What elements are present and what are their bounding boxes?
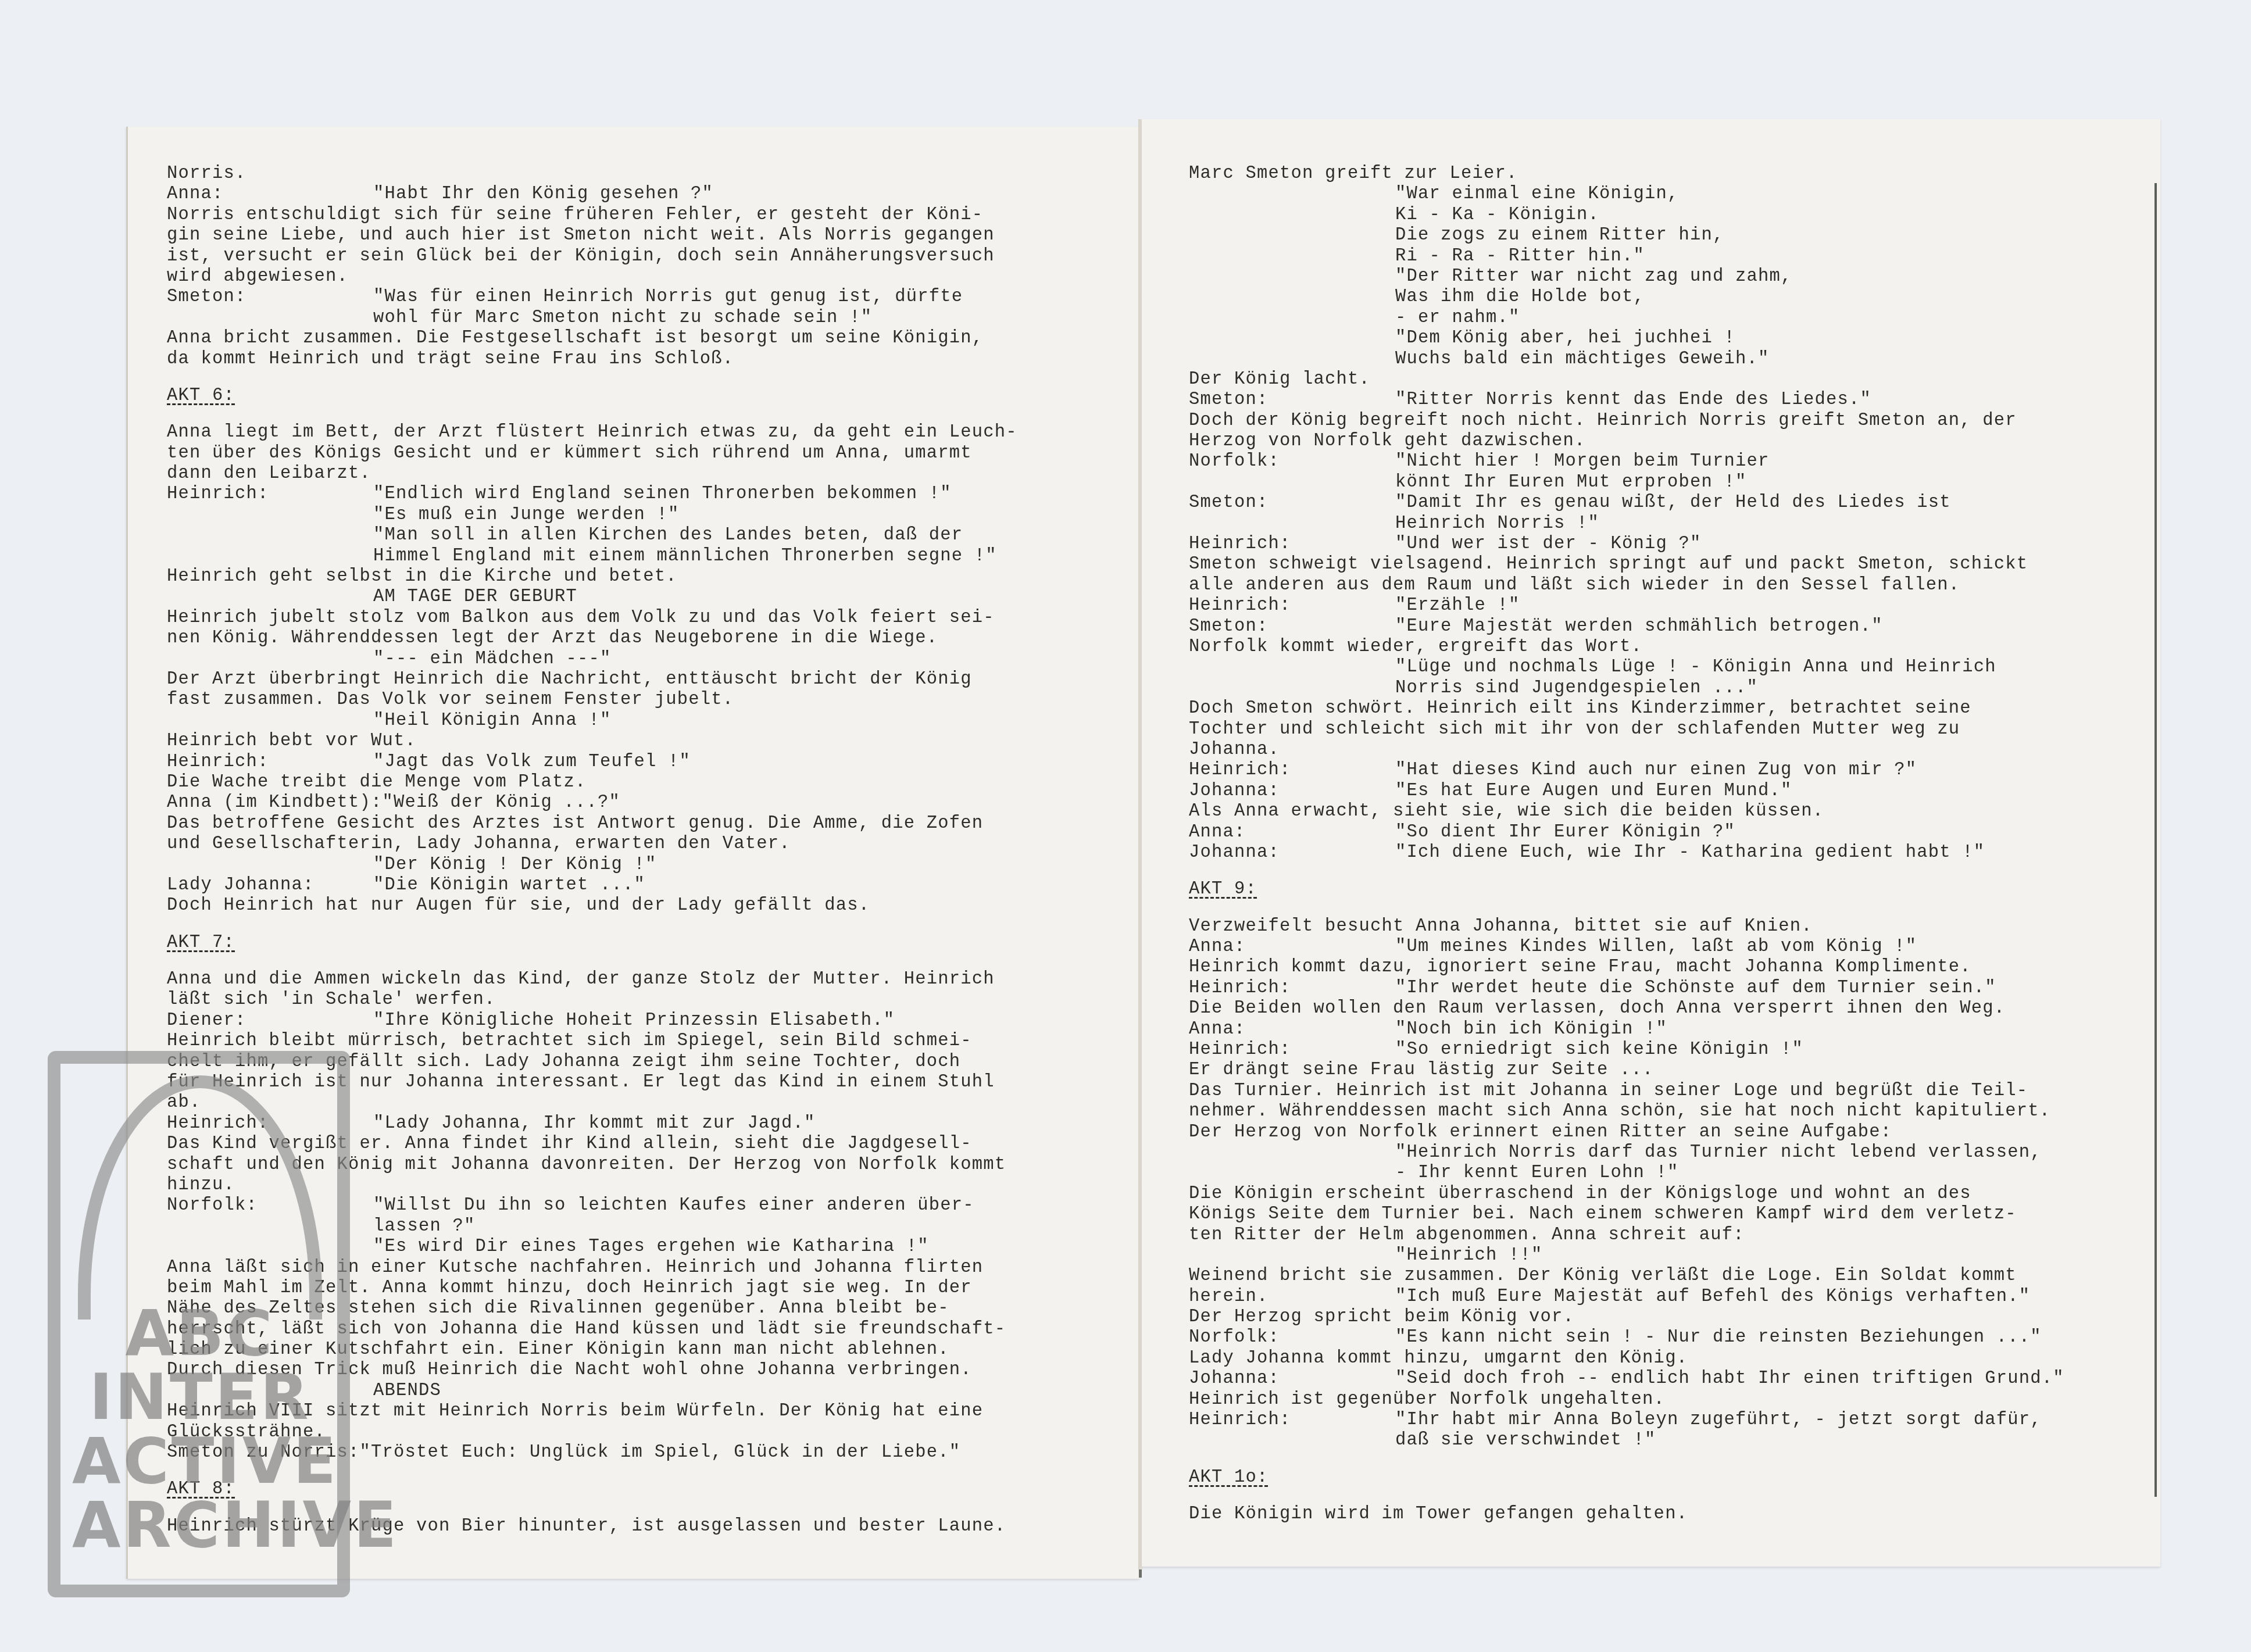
dialogue-text: "Noch bin ich Königin !": [1395, 1020, 1667, 1039]
dialogue-line: Lady Johanna:"Die Königin wartet ...": [167, 875, 1017, 896]
narrative-line: Als Anna erwacht, sieht sie, wie sich di…: [1189, 802, 2064, 822]
blank-line: [1189, 1488, 2064, 1504]
speaker-name: Smeton:: [1189, 493, 1395, 513]
dialogue-text: "Eure Majestät werden schmählich betroge…: [1395, 617, 1883, 637]
dialogue-line: Johanna:"Es hat Eure Augen und Euren Mun…: [1189, 781, 2064, 802]
blank-line: [167, 953, 1017, 970]
narrative-line: herrscht, läßt sich von Johanna die Hand…: [167, 1320, 1017, 1340]
indented-text: Ri - Ra - Ritter hin.": [1395, 246, 1645, 266]
narrative-line: Glückssträhne.: [167, 1422, 1017, 1443]
dialogue-line: Heinrich:"Erzähle !": [1189, 596, 2064, 616]
blank-line: [1189, 900, 2064, 917]
speaker-name: Anna:: [1189, 1020, 1395, 1040]
indented-text: Die zogs zu einem Ritter hin,: [1395, 226, 1724, 245]
narrative-line: Die Wache treibt die Menge vom Platz.: [167, 773, 1017, 793]
narrative-line: Die Königin erscheint überraschend in de…: [1189, 1184, 2064, 1204]
indented-line: "--- ein Mädchen ---": [167, 649, 1017, 670]
dialogue-line: Norfolk:"Willst Du ihn so leichten Kaufe…: [167, 1196, 1017, 1216]
narrative-line: Tochter und schleicht sich mit ihr von d…: [1189, 720, 2064, 740]
speaker-name: Heinrich:: [1189, 534, 1395, 555]
indented-text: "War einmal eine Königin,: [1395, 184, 1679, 204]
indented-line: "Heinrich !!": [1189, 1246, 2064, 1266]
indented-text: Heinrich Norris !": [1395, 514, 1599, 534]
indented-text: Himmel England mit einem männlichen Thro…: [373, 546, 997, 566]
indented-text: "Heinrich !!": [1395, 1246, 1543, 1265]
indented-text: "Man soll in allen Kirchen des Landes be…: [373, 525, 963, 545]
dialogue-text: "Es kann nicht sein ! - Nur die reinsten…: [1395, 1328, 2042, 1347]
indented-line: wohl für Marc Smeton nicht zu schade sei…: [167, 308, 1017, 328]
dialogue-line: Heinrich:"Und wer ist der - König ?": [1189, 534, 2064, 555]
speaker-name: Heinrich:: [167, 752, 373, 773]
dialogue-text: "Erzähle !": [1395, 596, 1520, 616]
dialogue-line: Heinrich:"Jagt das Volk zum Teufel !": [167, 752, 1017, 773]
indented-line: lassen ?": [167, 1217, 1017, 1237]
indented-text: "Heil Königin Anna !": [373, 711, 612, 731]
dialogue-line: Heinrich:"Endlich wird England seinen Th…: [167, 484, 1017, 505]
indented-line: Die zogs zu einem Ritter hin,: [1189, 226, 2064, 246]
act-heading: AKT 8:: [167, 1479, 1017, 1500]
dialogue-text: "So dient Ihr Eurer Königin ?": [1395, 823, 1735, 842]
indented-text: Was ihm die Holde bot,: [1395, 287, 1645, 307]
narrative-line: Anna liegt im Bett, der Arzt flüstert He…: [167, 423, 1017, 443]
speaker-name: Diener:: [167, 1011, 373, 1031]
dialogue-text: "Um meines Kindes Willen, laßt ab vom Kö…: [1395, 937, 1917, 957]
indented-text: ABENDS: [373, 1381, 441, 1401]
narrative-line: Doch Heinrich hat nur Augen für sie, und…: [167, 896, 1017, 916]
act-heading-text: AKT 1o:: [1189, 1468, 1269, 1487]
act-heading: AKT 7:: [167, 933, 1017, 953]
narrative-line: Königs Seite dem Turnier bei. Nach einem…: [1189, 1204, 2064, 1225]
blank-line: [167, 1500, 1017, 1517]
narrative-line: ten Ritter der Helm abgenommen. Anna sch…: [1189, 1225, 2064, 1246]
indented-line: "Heil Königin Anna !": [167, 711, 1017, 731]
indented-line: Ri - Ra - Ritter hin.": [1189, 246, 2064, 267]
speaker-name: Anna:: [1189, 937, 1395, 957]
dialogue-text: "Hat dieses Kind auch nur einen Zug von …: [1395, 760, 1917, 780]
indented-line: "Lüge und nochmals Lüge ! - Königin Anna…: [1189, 657, 2064, 678]
indented-text: "Es wird Dir eines Tages ergehen wie Kat…: [373, 1237, 929, 1257]
dialogue-line: Heinrich:"Ihr habt mir Anna Boleyn zugef…: [1189, 1410, 2064, 1431]
speaker-name: Smeton:: [1189, 390, 1395, 410]
narrative-line: Smeton zu Norris:"Tröstet Euch: Unglück …: [167, 1443, 1017, 1463]
dialogue-line: Heinrich:"Lady Johanna, Ihr kommt mit zu…: [167, 1114, 1017, 1134]
dialogue-text: "Habt Ihr den König gesehen ?": [373, 184, 713, 204]
narrative-line: Der Herzog von Norfolk erinnert einen Ri…: [1189, 1122, 2064, 1143]
dialogue-line: Smeton:"Eure Majestät werden schmählich …: [1189, 617, 2064, 637]
indented-line: "Man soll in allen Kirchen des Landes be…: [167, 525, 1017, 546]
indented-line: daß sie verschwindet !": [1189, 1431, 2064, 1451]
narrative-line: Anna läßt sich in einer Kutsche nachfahr…: [167, 1258, 1017, 1278]
narrative-line: Heinrich bleibt mürrisch, betrachtet sic…: [167, 1031, 1017, 1052]
indented-line: Norris sind Jugendgespielen ...": [1189, 678, 2064, 699]
speaker-name: Heinrich:: [1189, 1040, 1395, 1060]
dialogue-text: "Lady Johanna, Ihr kommt mit zur Jagd.": [373, 1114, 816, 1133]
indented-text: - er nahm.": [1395, 308, 1520, 328]
indented-line: "Es wird Dir eines Tages ergehen wie Kat…: [167, 1237, 1017, 1257]
act-heading: AKT 1o:: [1189, 1468, 2064, 1488]
dialogue-line: Diener:"Ihre Königliche Hoheit Prinzessi…: [167, 1011, 1017, 1031]
narrative-line: Er drängt seine Frau lästig zur Seite ..…: [1189, 1060, 2064, 1081]
narrative-line: schaft und den König mit Johanna davonre…: [167, 1155, 1017, 1175]
dialogue-text: "Was für einen Heinrich Norris gut genug…: [373, 287, 963, 307]
blank-line: [167, 1463, 1017, 1479]
act-heading-text: AKT 7:: [167, 933, 235, 953]
indented-text: Norris sind Jugendgespielen ...": [1395, 678, 1758, 698]
narrative-line: Doch der König begreift noch nicht. Hein…: [1189, 411, 2064, 431]
indented-line: "Dem König aber, hei juchhei !: [1189, 328, 2064, 349]
blank-line: [1189, 863, 2064, 879]
indented-text: - Ihr kennt Euren Lohn !": [1395, 1163, 1679, 1183]
speaker-name: Smeton:: [1189, 617, 1395, 637]
dialogue-text: "Seid doch froh -- endlich habt Ihr eine…: [1395, 1369, 2064, 1389]
speaker-name: Norfolk:: [1189, 452, 1395, 472]
narrative-line: Das Turnier. Heinrich ist mit Johanna in…: [1189, 1081, 2064, 1102]
narrative-line: nehmer. Währenddessen macht sich Anna sc…: [1189, 1102, 2064, 1122]
narrative-line: Heinrich stürzt Krüge von Bier hinunter,…: [167, 1517, 1017, 1537]
speaker-name: Heinrich:: [167, 484, 373, 505]
narrative-line: und Gesellschafterin, Lady Johanna, erwa…: [167, 834, 1017, 854]
indented-text: AM TAGE DER GEBURT: [373, 587, 577, 607]
narrative-line: hinzu.: [167, 1175, 1017, 1196]
indented-line: - er nahm.": [1189, 308, 2064, 328]
narrative-line: Heinrich kommt dazu, ignoriert seine Fra…: [1189, 957, 2064, 978]
dialogue-text: "Willst Du ihn so leichten Kaufes einer …: [373, 1196, 974, 1215]
speaker-name: Heinrich:: [1189, 978, 1395, 999]
narrative-line: Norris.: [167, 164, 1017, 184]
narrative-line: chelt ihm, er gefällt sich. Lady Johanna…: [167, 1052, 1017, 1072]
indented-text: "--- ein Mädchen ---": [373, 649, 612, 669]
dialogue-line: Heinrich:"Ihr werdet heute die Schönste …: [1189, 978, 2064, 999]
dialogue-line: Norfolk:"Nicht hier ! Morgen beim Turnie…: [1189, 452, 2064, 472]
speaker-name: Norfolk:: [1189, 1328, 1395, 1348]
narrative-line: da kommt Heinrich und trägt seine Frau i…: [167, 349, 1017, 370]
dialogue-line: Johanna:"Ich diene Euch, wie Ihr - Katha…: [1189, 843, 2064, 863]
dialogue-line: Norfolk:"Es kann nicht sein ! - Nur die …: [1189, 1328, 2064, 1348]
indented-text: "Der König ! Der König !": [373, 855, 657, 875]
narrative-line: beim Mahl im Zelt. Anna kommt hinzu, doc…: [167, 1278, 1017, 1299]
blank-line: [167, 370, 1017, 386]
indented-line: Ki - Ka - Königin.: [1189, 205, 2064, 226]
left-page-text: Norris.Anna:"Habt Ihr den König gesehen …: [167, 164, 1017, 1537]
dialogue-line: Anna:"Habt Ihr den König gesehen ?": [167, 184, 1017, 205]
narrative-line: Durch diesen Trick muß Heinrich die Nach…: [167, 1360, 1017, 1381]
speaker-name: Lady Johanna:: [167, 875, 373, 896]
narrative-line: ist, versucht er sein Glück bei der Köni…: [167, 246, 1017, 267]
narrative-line: ab.: [167, 1093, 1017, 1113]
right-page-text: Marc Smeton greift zur Leier."War einmal…: [1189, 164, 2064, 1525]
indented-line: - Ihr kennt Euren Lohn !": [1189, 1163, 2064, 1183]
narrative-line: Heinrich ist gegenüber Norfolk ungehalte…: [1189, 1390, 2064, 1410]
narrative-line: Herzog von Norfolk geht dazwischen.: [1189, 431, 2064, 452]
narrative-line: Norris entschuldigt sich für seine frühe…: [167, 205, 1017, 226]
speaker-name: Heinrich:: [1189, 596, 1395, 616]
narrative-line: Die Königin wird im Tower gefangen gehal…: [1189, 1504, 2064, 1525]
dialogue-text: "Ritter Norris kennt das Ende des Liedes…: [1395, 390, 1871, 410]
dialogue-line: Heinrich:"So erniedrigt sich keine König…: [1189, 1040, 2064, 1060]
narrative-line: Anna (im Kindbett):"Weiß der König ...?": [167, 793, 1017, 813]
narrative-line: Heinrich bebt vor Wut.: [167, 731, 1017, 752]
narrative-line: Johanna.: [1189, 740, 2064, 760]
blank-line: [167, 917, 1017, 933]
narrative-line: Nähe des Zeltes stehen sich die Rivalinn…: [167, 1299, 1017, 1319]
indented-line: Himmel England mit einem männlichen Thro…: [167, 546, 1017, 567]
narrative-line: Norfolk kommt wieder, ergreift das Wort.: [1189, 637, 2064, 657]
dialogue-line: Anna:"Um meines Kindes Willen, laßt ab v…: [1189, 937, 2064, 957]
narrative-line: Der Herzog spricht beim König vor.: [1189, 1307, 2064, 1328]
narrative-line: dann den Leibarzt.: [167, 464, 1017, 484]
dialogue-text: "So erniedrigt sich keine Königin !": [1395, 1040, 1803, 1060]
narrative-line: wird abgewiesen.: [167, 267, 1017, 287]
dialogue-text: "Es hat Eure Augen und Euren Mund.": [1395, 781, 1792, 801]
narrative-line: Marc Smeton greift zur Leier.: [1189, 164, 2064, 184]
indented-line: "Es muß ein Junge werden !": [167, 505, 1017, 525]
narrative-line: Anna und die Ammen wickeln das Kind, der…: [167, 970, 1017, 990]
narrative-line: Verzweifelt besucht Anna Johanna, bittet…: [1189, 917, 2064, 937]
speaker-name: Smeton:: [167, 287, 373, 307]
narrative-line: lich zu einer Kutschfahrt ein. Einer Kön…: [167, 1340, 1017, 1360]
indented-text: "Der Ritter war nicht zag und zahm,: [1395, 267, 1792, 287]
narrative-line: Der Arzt überbringt Heinrich die Nachric…: [167, 670, 1017, 690]
dialogue-text: "Jagt das Volk zum Teufel !": [373, 752, 691, 772]
dialogue-text: "Ihr habt mir Anna Boleyn zugeführt, - j…: [1395, 1410, 2042, 1430]
act-heading-text: AKT 9:: [1189, 879, 1257, 899]
dialogue-line: Johanna:"Seid doch froh -- endlich habt …: [1189, 1369, 2064, 1389]
dialogue-text: "Und wer ist der - König ?": [1395, 534, 1702, 554]
indented-line: AM TAGE DER GEBURT: [167, 587, 1017, 607]
indented-text: "Dem König aber, hei juchhei !: [1395, 328, 1735, 348]
narrative-line: Heinrich VIII sitzt mit Heinrich Norris …: [167, 1401, 1017, 1422]
dialogue-line: Smeton:"Ritter Norris kennt das Ende des…: [1189, 390, 2064, 410]
act-heading-text: AKT 8:: [167, 1479, 235, 1499]
indented-text: lassen ?": [373, 1217, 476, 1236]
dialogue-line: Smeton:"Was für einen Heinrich Norris gu…: [167, 287, 1017, 307]
narrative-line: Smeton schweigt vielsagend. Heinrich spr…: [1189, 555, 2064, 575]
dialogue-line: Anna:"Noch bin ich Königin !": [1189, 1020, 2064, 1040]
blank-line: [1189, 1451, 2064, 1468]
narrative-line: läßt sich 'in Schale' werfen.: [167, 990, 1017, 1010]
speaker-name: Johanna:: [1189, 843, 1395, 863]
speaker-name: Heinrich:: [1189, 760, 1395, 781]
indented-text: könnt Ihr Euren Mut erproben !": [1395, 473, 1747, 492]
narrative-line: Das Kind vergißt er. Anna findet ihr Kin…: [167, 1134, 1017, 1154]
indented-text: Ki - Ka - Königin.: [1395, 205, 1599, 225]
speaker-name: Johanna:: [1189, 781, 1395, 802]
act-heading: AKT 6:: [167, 386, 1017, 406]
indented-text: "Es muß ein Junge werden !": [373, 505, 680, 525]
indented-line: ABENDS: [167, 1381, 1017, 1401]
blank-line: [167, 406, 1017, 423]
narrative-line: Die Beiden wollen den Raum verlassen, do…: [1189, 999, 2064, 1019]
dialogue-text: "Endlich wird England seinen Thronerben …: [373, 484, 952, 504]
indented-line: Was ihm die Holde bot,: [1189, 287, 2064, 307]
narrative-line: alle anderen aus dem Raum und läßt sich …: [1189, 575, 2064, 596]
narrative-line: Das betroffene Gesicht des Arztes ist An…: [167, 814, 1017, 834]
speaker-name: Anna:: [167, 184, 373, 205]
speaker-name: Norfolk:: [167, 1196, 373, 1216]
indented-line: "War einmal eine Königin,: [1189, 184, 2064, 205]
indented-line: "Der König ! Der König !": [167, 855, 1017, 875]
indented-line: könnt Ihr Euren Mut erproben !": [1189, 473, 2064, 493]
speaker-name: Johanna:: [1189, 1369, 1395, 1389]
speaker-name: Heinrich:: [1189, 1410, 1395, 1431]
narrative-line: für Heinrich ist nur Johanna interessant…: [167, 1072, 1017, 1093]
speaker-name: herein.: [1189, 1287, 1395, 1307]
dialogue-text: "Ihre Königliche Hoheit Prinzessin Elisa…: [373, 1011, 895, 1031]
dialogue-text: "Ich diene Euch, wie Ihr - Katharina ged…: [1395, 843, 1985, 863]
dialogue-line: Heinrich:"Hat dieses Kind auch nur einen…: [1189, 760, 2064, 781]
indented-text: daß sie verschwindet !": [1395, 1431, 1656, 1450]
dialogue-line: Anna:"So dient Ihr Eurer Königin ?": [1189, 823, 2064, 843]
dialogue-text: "Nicht hier ! Morgen beim Turnier: [1395, 452, 1770, 471]
narrative-line: Weinend bricht sie zusammen. Der König v…: [1189, 1266, 2064, 1286]
indented-text: Wuchs bald ein mächtiges Geweih.": [1395, 349, 1770, 369]
narrative-line: ten über des Königs Gesicht und er kümme…: [167, 444, 1017, 464]
indented-text: wohl für Marc Smeton nicht zu schade sei…: [373, 308, 872, 328]
indented-line: "Heinrich Norris darf das Turnier nicht …: [1189, 1143, 2064, 1163]
act-heading: AKT 9:: [1189, 879, 2064, 900]
narrative-line: nen König. Währenddessen legt der Arzt d…: [167, 628, 1017, 649]
dialogue-text: "Die Königin wartet ...": [373, 875, 645, 895]
dialogue-line: herein."Ich muß Eure Majestät auf Befehl…: [1189, 1287, 2064, 1307]
speaker-name: Heinrich:: [167, 1114, 373, 1134]
indented-text: "Heinrich Norris darf das Turnier nicht …: [1395, 1143, 2042, 1163]
speaker-name: Anna:: [1189, 823, 1395, 843]
dialogue-text: "Ihr werdet heute die Schönste auf dem T…: [1395, 978, 1996, 998]
narrative-line: gin seine Liebe, und auch hier ist Smeto…: [167, 226, 1017, 246]
narrative-line: Der König lacht.: [1189, 370, 2064, 390]
indented-line: Wuchs bald ein mächtiges Geweih.": [1189, 349, 2064, 370]
narrative-line: Heinrich jubelt stolz vom Balkon aus dem…: [167, 608, 1017, 628]
narrative-line: Heinrich geht selbst in die Kirche und b…: [167, 567, 1017, 587]
indented-line: "Der Ritter war nicht zag und zahm,: [1189, 267, 2064, 287]
dialogue-text: "Damit Ihr es genau wißt, der Held des L…: [1395, 493, 1951, 513]
dialogue-line: Smeton:"Damit Ihr es genau wißt, der Hel…: [1189, 493, 2064, 513]
narrative-line: Lady Johanna kommt hinzu, umgarnt den Kö…: [1189, 1349, 2064, 1369]
act-heading-text: AKT 6:: [167, 386, 235, 406]
narrative-line: fast zusammen. Das Volk vor seinem Fenst…: [167, 690, 1017, 710]
narrative-line: Doch Smeton schwört. Heinrich eilt ins K…: [1189, 699, 2064, 719]
dialogue-text: "Ich muß Eure Majestät auf Befehl des Kö…: [1395, 1287, 2030, 1307]
indented-text: "Lüge und nochmals Lüge ! - Königin Anna…: [1395, 657, 1996, 677]
indented-line: Heinrich Norris !": [1189, 514, 2064, 534]
narrative-line: Anna bricht zusammen. Die Festgesellscha…: [167, 328, 1017, 349]
